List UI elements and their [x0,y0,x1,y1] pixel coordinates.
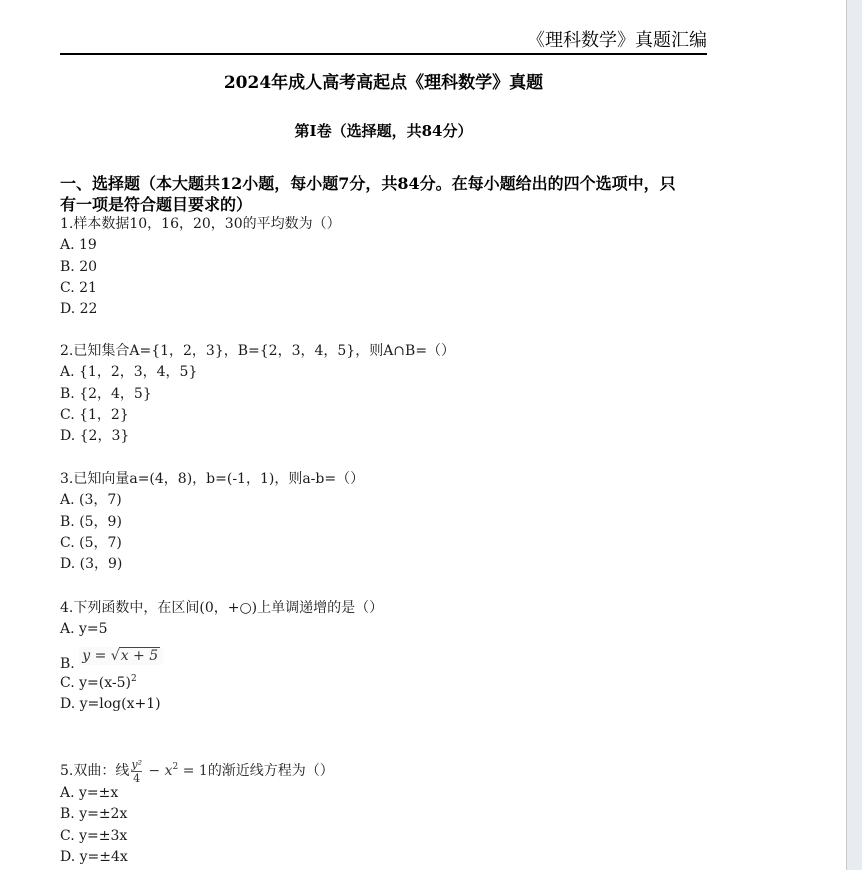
option-c: C. 21 [60,278,341,299]
formula-radicand: x + 5 [119,647,160,664]
option-a: A. {1，2，3，4，5} [60,362,455,383]
question-text: 下列函数中，在区间(0，+○)上单调递增的是（） [73,600,383,616]
question-4: 4.下列函数中，在区间(0，+○)上单调递增的是（） A. y=5 B. y =… [60,598,383,715]
volume-title: 第Ⅰ卷（选择题，共84分） [60,121,707,141]
question-number: 4. [60,600,73,616]
question-number: 3. [60,471,73,487]
question-number: 1. [60,216,73,232]
document-page: 《理科数学》真题汇编 2024年成人高考高起点《理科数学》真题 第Ⅰ卷（选择题，… [0,0,847,870]
option-a: A. (3，7) [60,490,364,511]
question-stem: 3.已知向量a=(4，8)，b=(-1，1)，则a-b=（） [60,469,364,490]
hyperbola-formula: y²4 − x2 = 1 [129,763,207,779]
fraction-numerator: y² [131,758,142,772]
option-a: A. y=5 [60,619,383,640]
header-rule [60,53,707,55]
option-c-text: C. y=(x-5) [60,675,131,691]
option-a: A. y=±x [60,783,334,804]
section-heading: 一、选择题（本大题共12小题，每小题7分，共84分。在每小题给出的四个选项中，只… [60,173,720,215]
option-c-exponent: 2 [131,674,137,684]
question-text: 已知集合A={1，2，3}，B={2，3，4，5}，则A∩B=（） [73,343,455,359]
option-c: C. y=(x-5)2 [60,669,383,694]
question-text-prefix: 双曲：线 [73,763,129,779]
option-b: B. y=±2x [60,804,334,825]
option-b: B. {2，4，5} [60,384,455,405]
question-1: 1.样本数据10，16，20，30的平均数为（） A. 19 B. 20 C. … [60,214,341,320]
viewer-background [848,0,862,870]
option-d: D. (3，9) [60,554,364,575]
question-stem: 1.样本数据10，16，20，30的平均数为（） [60,214,341,235]
question-stem: 4.下列函数中，在区间(0，+○)上单调递增的是（） [60,598,383,619]
question-number: 5. [60,763,73,779]
running-header: 《理科数学》真题汇编 [60,30,707,52]
option-c: C. y=±3x [60,826,334,847]
question-stem: 2.已知集合A={1，2，3}，B={2，3，4，5}，则A∩B=（） [60,341,455,362]
formula-minus: − [144,763,165,779]
question-text: 样本数据10，16，20，30的平均数为（） [73,216,340,232]
section-heading-line-2: 有一项是符合题目要求的） [60,194,720,215]
question-text: 已知向量a=(4，8)，b=(-1，1)，则a-b=（） [73,471,364,487]
question-stem: 5.双曲：线y²4 − x2 = 1的渐近线方程为（） [60,751,334,783]
option-d: D. {2，3} [60,426,455,447]
formula-rhs: = 1 [178,763,208,779]
section-heading-line-1: 一、选择题（本大题共12小题，每小题7分，共84分。在每小题给出的四个选项中，只 [60,173,720,194]
sqrt-formula-image: y = √x + 5 [79,647,163,665]
question-2: 2.已知集合A={1，2，3}，B={2，3，4，5}，则A∩B=（） A. {… [60,341,455,447]
formula-var: x [165,763,173,779]
option-d: D. 22 [60,299,341,320]
fraction: y²4 [131,758,142,785]
question-3: 3.已知向量a=(4，8)，b=(-1，1)，则a-b=（） A. (3，7) … [60,469,364,575]
option-d: D. y=±4x [60,847,334,868]
fraction-denominator: 4 [131,772,142,785]
option-c: C. {1，2} [60,405,455,426]
document-title: 2024年成人高考高起点《理科数学》真题 [60,72,707,94]
option-c: C. (5，7) [60,533,364,554]
option-b: B. (5，9) [60,512,364,533]
formula-eq: = [90,648,111,664]
option-a: A. 19 [60,235,341,256]
question-number: 2. [60,343,73,359]
question-text-suffix: 的渐近线方程为（） [208,763,334,779]
formula-lhs: y [82,648,90,664]
option-d: D. y=log(x+1) [60,694,383,715]
option-b: B. y = √x + 5 [60,641,383,669]
question-5: 5.双曲：线y²4 − x2 = 1的渐近线方程为（） A. y=±x B. y… [60,751,334,868]
option-b: B. 20 [60,257,341,278]
